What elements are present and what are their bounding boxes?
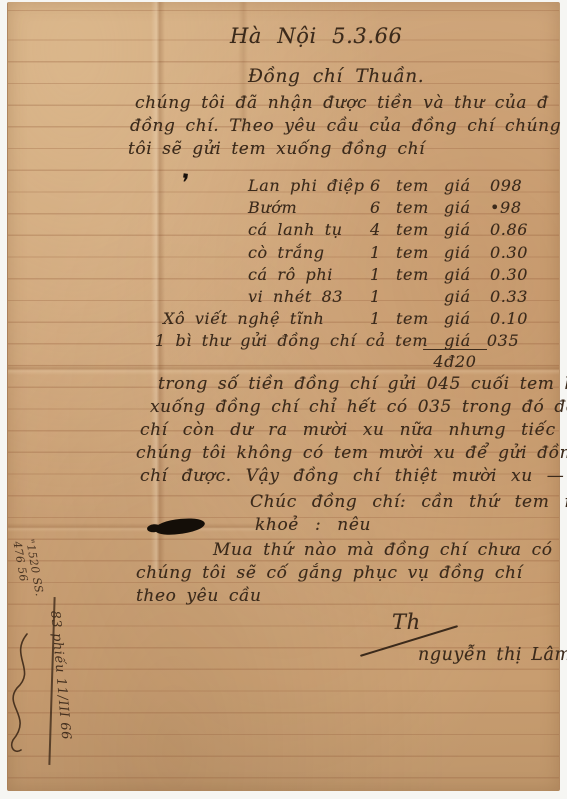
stamp-price: 0.30 bbox=[490, 243, 550, 262]
stamp-name: cá rô phi bbox=[248, 265, 370, 284]
body-line: chí được. Vậy đồng chí thiệt mười xu — bbox=[140, 466, 564, 486]
stamp-name: vi nhét 83 bbox=[248, 287, 370, 306]
stamp-qty: 1 bbox=[370, 309, 396, 328]
body-line: chúng tôi đã nhận được tiền và thư của đ bbox=[135, 93, 549, 113]
signature-name: nguyễn thị Lâm bbox=[418, 645, 567, 665]
stamp-price: 0.10 bbox=[490, 309, 550, 328]
stamp-unit: tem bbox=[396, 243, 444, 262]
body-line: theo yêu cầu bbox=[136, 586, 262, 606]
margin-signature-squiggle bbox=[1, 628, 43, 758]
stamp-row: Xô viết nghệ tĩnh 1 tem giá 0.10 bbox=[163, 309, 550, 328]
stamp-qty: 1 bbox=[370, 265, 396, 284]
stamp-row: Bướm 6 tem giá •98 bbox=[248, 198, 550, 217]
stamp-qty: 6 bbox=[370, 198, 396, 217]
stamp-qty: 1 bbox=[370, 287, 396, 306]
body-line: đồng chí. Theo yêu cầu của đồng chí chún… bbox=[130, 116, 561, 136]
stamp-price: 035 bbox=[487, 331, 519, 350]
body-line: xuống đồng chí chỉ hết có 035 trong đó đ… bbox=[150, 397, 567, 417]
total-amount: 4đ20 bbox=[423, 349, 487, 371]
price-label: giá bbox=[444, 220, 490, 239]
stamp-unit: tem bbox=[396, 220, 444, 239]
stamp-row: cá lanh tụ 4 tem giá 0.86 bbox=[248, 220, 550, 239]
stamp-row: vi nhét 83 1 giá 0.33 bbox=[248, 287, 550, 306]
date-line: Hà Nội 5.3.66 bbox=[230, 24, 403, 48]
stamp-price: 0.33 bbox=[490, 287, 550, 306]
stamp-unit: tem bbox=[396, 265, 444, 284]
salutation: Đồng chí Thuần. bbox=[248, 66, 424, 87]
stamp-qty: 6 bbox=[370, 176, 396, 195]
price-label: giá bbox=[444, 176, 490, 195]
body-line: chúng tôi không có tem mười xu để gửi đồ… bbox=[136, 443, 567, 463]
stamp-unit: tem bbox=[396, 309, 444, 328]
horizontal-fold-crease-lower bbox=[8, 523, 278, 532]
closing-line: Chúc đồng chí: cần thứ tem nào bbox=[250, 492, 567, 512]
signature-initials: Th bbox=[392, 610, 421, 634]
price-label: giá bbox=[444, 243, 490, 262]
stamp-name: Lan phi điệp bbox=[248, 176, 370, 195]
stamp-name: cá lanh tụ bbox=[248, 220, 370, 239]
body-line: trong số tiền đồng chí gửi 045 cuối tem … bbox=[158, 374, 567, 394]
stamp-name: cò trắng bbox=[248, 243, 370, 262]
body-line: Mua thứ nào mà đồng chí chưa có bbox=[213, 540, 553, 560]
stamp-price: 0.86 bbox=[490, 220, 550, 239]
stamp-unit: tem bbox=[396, 176, 444, 195]
body-line: chí còn dư ra mười xu nữa nhưng tiếc rằn… bbox=[140, 420, 567, 440]
body-line: chúng tôi sẽ cố gắng phục vụ đồng chí bbox=[136, 563, 523, 583]
stamp-name: Xô viết nghệ tĩnh bbox=[163, 309, 370, 328]
stamp-price: •98 bbox=[490, 198, 550, 217]
price-label: giá bbox=[444, 287, 490, 306]
vertical-fold-crease bbox=[151, 2, 165, 572]
stamp-qty: 1 bbox=[370, 243, 396, 262]
stamp-price: 0.30 bbox=[490, 265, 550, 284]
stamp-name: 1 bì thư gửi đồng chí cả tem bbox=[155, 331, 428, 350]
stamp-name: Bướm bbox=[248, 198, 370, 217]
price-label: giá bbox=[444, 265, 490, 284]
stamp-unit bbox=[396, 287, 444, 306]
price-label: giá bbox=[444, 309, 490, 328]
stamp-row: 1 bì thư gửi đồng chí cả tem giá 035 bbox=[155, 331, 519, 350]
price-label: giá bbox=[444, 331, 471, 350]
paper-shading bbox=[8, 681, 559, 791]
stamp-row: cá rô phi 1 tem giá 0.30 bbox=[248, 265, 550, 284]
stamp-qty: 4 bbox=[370, 220, 396, 239]
price-label: giá bbox=[444, 198, 490, 217]
stamp-price: 098 bbox=[490, 176, 550, 195]
stamp-unit: tem bbox=[396, 198, 444, 217]
stamp-row: Lan phi điệp 6 tem giá 098 bbox=[248, 176, 550, 195]
stamp-row: cò trắng 1 tem giá 0.30 bbox=[248, 243, 550, 262]
closing-line: khoẻ : nêu bbox=[255, 515, 371, 535]
body-line: tôi sẽ gửi tem xuống đồng chí bbox=[128, 139, 425, 159]
